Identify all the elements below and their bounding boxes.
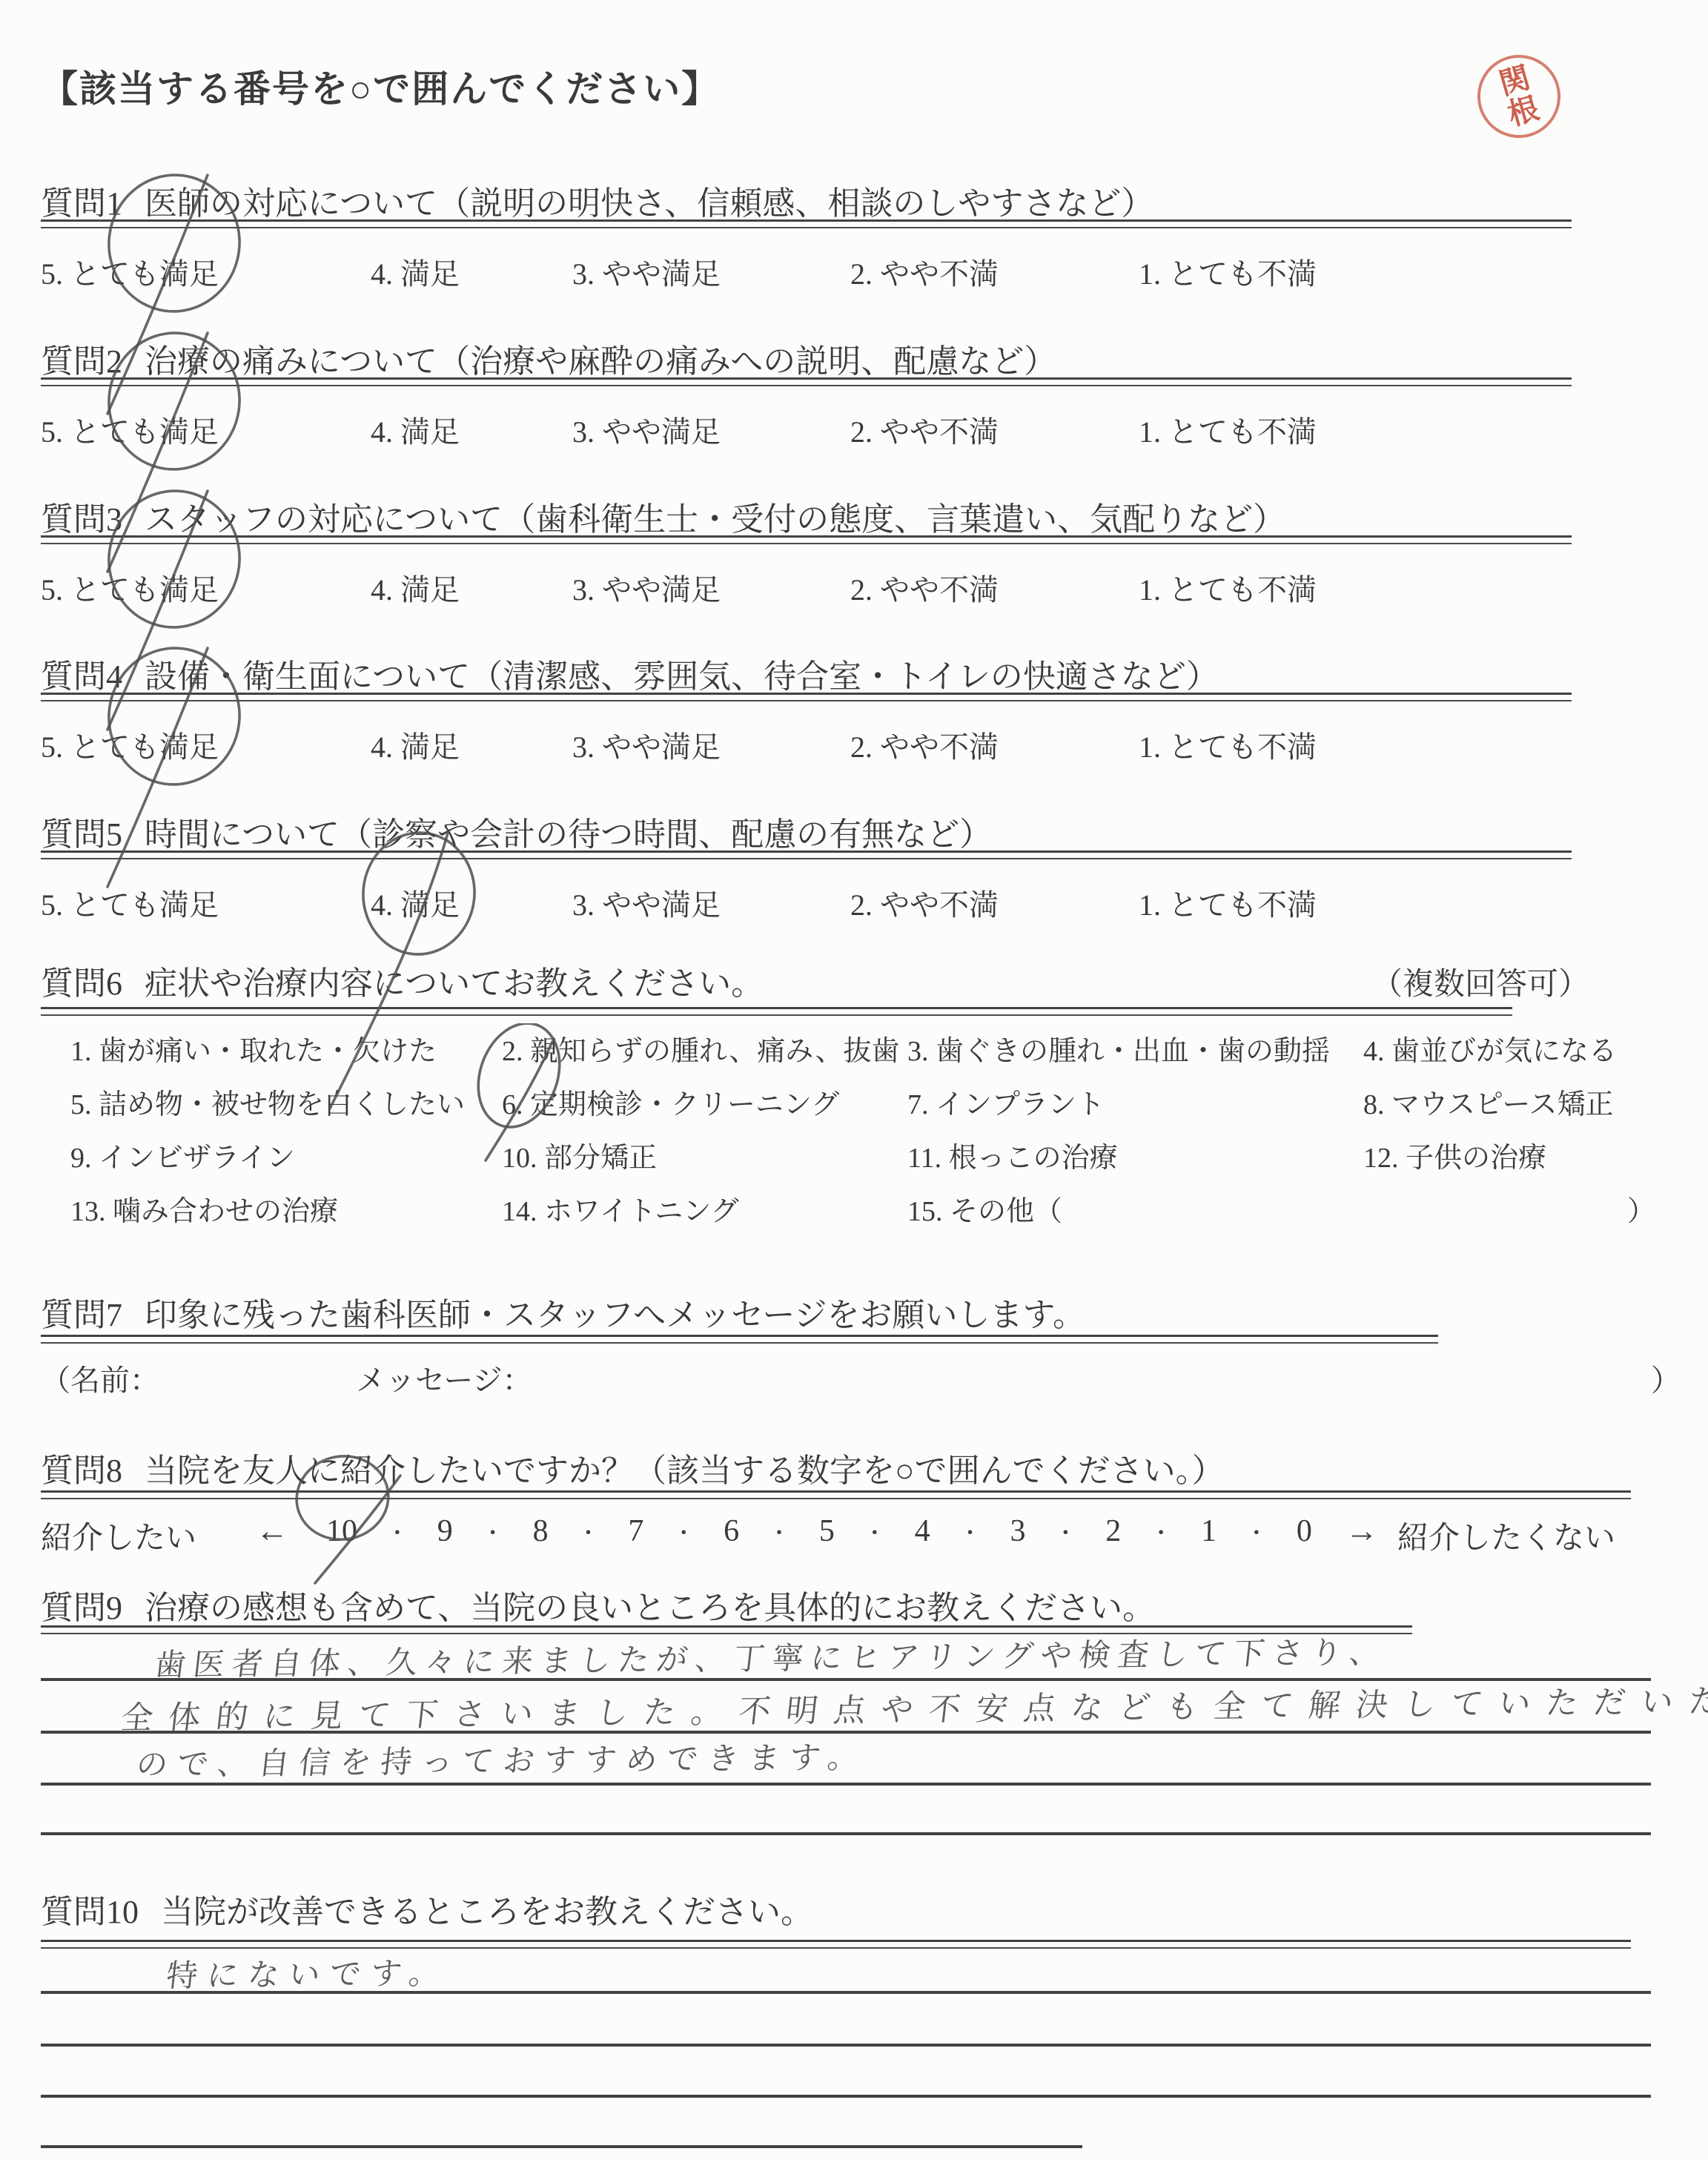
q4-option-5: 5. とても満足 <box>41 724 219 766</box>
q9-handwriting-line-2: 全体的に見て下さいました。不明点や不安点なども全て解決していただいた <box>119 1677 1708 1739</box>
question-5-label: 質問5 <box>41 816 122 853</box>
scan-artifact-top <box>6 16 1702 22</box>
q8-number-8: 8 <box>533 1513 549 1549</box>
q1-option-3: 3. やや満足 <box>572 251 721 293</box>
question-1-heading: 質問1医師の対応について（説明の明快さ、信頼感、相談のしやすさなど） <box>41 176 1153 224</box>
q3-option-2: 2. やや不満 <box>850 567 999 609</box>
question-10-title: 当院が改善できるところをお教えください。 <box>161 1894 813 1930</box>
question-5-heading: 質問5時間について（診察や会計の待つ時間、配慮の有無など） <box>41 807 992 855</box>
q8-left-label: 紹介したい <box>41 1513 196 1558</box>
q4-option-2: 2. やや不満 <box>850 724 999 766</box>
q1-option-1: 1. とても不満 <box>1139 251 1317 293</box>
q8-number-7: 7 <box>628 1513 643 1549</box>
q2-option-5: 5. とても満足 <box>41 409 219 451</box>
q1-option-2: 2. やや不満 <box>850 251 999 293</box>
page-title: 【該当する番号を○で囲んでください】 <box>41 59 720 113</box>
question-4-rule <box>41 693 1572 701</box>
q7-name-label: （名前： <box>41 1357 159 1399</box>
q5-option-1: 1. とても不満 <box>1139 882 1317 924</box>
q4-option-3: 3. やや満足 <box>572 724 721 766</box>
q9-answer-line-4 <box>41 1832 1651 1835</box>
q8-right-arrow: → <box>1345 1512 1378 1550</box>
question-3-rule <box>41 535 1572 544</box>
q6-item-13: 13. 噛み合わせの治療 <box>70 1188 338 1229</box>
q8-dot: ・ <box>1245 1515 1268 1548</box>
q6-item-14: 14. ホワイトニング <box>502 1188 739 1229</box>
question-7-rule <box>41 1335 1438 1344</box>
q8-dot: ・ <box>768 1515 790 1548</box>
q6-item-3: 3. 歯ぐきの腫れ・出血・歯の動揺 <box>907 1028 1330 1069</box>
q6-item-10: 10. 部分矯正 <box>502 1135 657 1175</box>
q8-number-9: 9 <box>437 1513 453 1549</box>
q6-item-9: 9. インビザライン <box>70 1135 295 1175</box>
question-2: 質問2治療の痛みについて（治療や麻酔の痛みへの説明、配慮など） 5. とても満足… <box>41 334 1694 342</box>
q8-dot: ・ <box>577 1515 599 1548</box>
question-9: 質問9治療の感想も含めて、当院の良いところを具体的にお教えください。 歯医者自体… <box>41 1581 1694 1588</box>
q6-item-4: 4. 歯並びが気になる <box>1363 1028 1617 1069</box>
question-3: 質問3スタッフの対応について（歯科衛生士・受付の態度、言葉遣い、気配りなど） 5… <box>41 492 1694 500</box>
q8-dot: ・ <box>1054 1515 1076 1548</box>
q8-number-2: 2 <box>1105 1513 1121 1549</box>
question-7: 質問7印象に残った歯科医師・スタッフへメッセージをお願いします。 （名前： メッ… <box>41 1288 1694 1295</box>
question-6-label: 質問6 <box>41 965 122 1002</box>
q5-option-5: 5. とても満足 <box>41 882 219 924</box>
question-6-rule <box>41 1007 1512 1016</box>
question-7-heading: 質問7印象に残った歯科医師・スタッフへメッセージをお願いします。 <box>41 1288 1085 1335</box>
q3-option-1: 1. とても不満 <box>1139 567 1317 609</box>
question-1-label: 質問1 <box>41 185 122 222</box>
question-4-title: 設備・衛生面について（清潔感、雰囲気、待合室・トイレの快適さなど） <box>145 658 1219 695</box>
q8-right-label: 紹介したくない <box>1397 1513 1615 1558</box>
question-4-heading: 質問4設備・衛生面について（清潔感、雰囲気、待合室・トイレの快適さなど） <box>41 650 1219 697</box>
q8-dot: ・ <box>864 1515 886 1548</box>
question-8-rule <box>41 1490 1631 1499</box>
question-4: 質問4設備・衛生面について（清潔感、雰囲気、待合室・トイレの快適さなど） 5. … <box>41 650 1694 657</box>
q2-option-3: 3. やや満足 <box>572 409 721 451</box>
stamp-char-bottom: 根 <box>1504 92 1542 131</box>
question-9-heading: 質問9治療の感想も含めて、当院の良いところを具体的にお教えください。 <box>41 1581 1155 1628</box>
q8-number-3: 3 <box>1010 1513 1025 1549</box>
hanko-stamp: 関 根 <box>1468 45 1571 148</box>
q6-item-15: 15. その他（ <box>907 1188 1062 1229</box>
q8-number-4: 4 <box>915 1513 930 1549</box>
question-2-heading: 質問2治療の痛みについて（治療や麻酔の痛みへの説明、配慮など） <box>41 334 1056 382</box>
q8-number-1: 1 <box>1201 1513 1217 1549</box>
question-9-title: 治療の感想も含めて、当院の良いところを具体的にお教えください。 <box>145 1590 1155 1626</box>
q5-option-3: 3. やや満足 <box>572 882 721 924</box>
question-2-label: 質問2 <box>41 343 122 380</box>
question-10-label: 質問10 <box>41 1894 139 1930</box>
question-5-title: 時間について（診察や会計の待つ時間、配慮の有無など） <box>145 816 992 853</box>
q6-item-6: 6. 定期検診・クリーニング <box>502 1081 839 1122</box>
q9-handwriting-line-3: ので、自信を持っておすすめできます。 <box>134 1733 871 1785</box>
q3-option-3: 3. やや満足 <box>572 567 721 609</box>
question-10-heading: 質問10当院が改善できるところをお教えください。 <box>41 1885 813 1932</box>
question-4-label: 質問4 <box>41 658 122 695</box>
q4-option-1: 1. とても不満 <box>1139 724 1317 766</box>
question-8-label: 質問8 <box>41 1453 122 1489</box>
q2-option-4: 4. 満足 <box>371 409 460 451</box>
q10-handwriting-line-1: 特にないです。 <box>164 1949 452 1996</box>
q10-answer-line-4 <box>41 2145 1082 2148</box>
q1-option-5: 5. とても満足 <box>41 251 219 293</box>
q8-number-10: 10 <box>326 1513 357 1549</box>
question-1-title: 医師の対応について（説明の明快さ、信頼感、相談のしやすさなど） <box>145 185 1153 222</box>
question-3-title: スタッフの対応について（歯科衛生士・受付の態度、言葉遣い、気配りなど） <box>145 501 1285 538</box>
question-7-label: 質問7 <box>41 1297 122 1333</box>
question-5: 質問5時間について（診察や会計の待つ時間、配慮の有無など） 5. とても満足 4… <box>41 807 1694 815</box>
question-3-label: 質問3 <box>41 501 122 538</box>
q10-answer-line-3 <box>41 2095 1651 2098</box>
q1-option-4: 4. 満足 <box>371 251 460 293</box>
q4-option-4: 4. 満足 <box>371 724 460 766</box>
q8-dot: ・ <box>482 1515 504 1548</box>
q6-item-1: 1. 歯が痛い・取れた・欠けた <box>70 1028 437 1069</box>
question-7-title: 印象に残った歯科医師・スタッフへメッセージをお願いします。 <box>145 1297 1085 1333</box>
question-1: 質問1医師の対応について（説明の明快さ、信頼感、相談のしやすさなど） 5. とて… <box>41 176 1694 184</box>
q8-dot: ・ <box>959 1515 982 1548</box>
q6-item-7: 7. インプラント <box>907 1081 1105 1122</box>
q6-item-5: 5. 詰め物・被せ物を白くしたい <box>70 1081 465 1122</box>
question-10-rule <box>41 1940 1631 1949</box>
q6-item-11: 11. 根っこの治療 <box>907 1135 1118 1175</box>
q6-item-2: 2. 親知らずの腫れ、痛み、抜歯 <box>502 1028 900 1069</box>
question-9-label: 質問9 <box>41 1590 122 1626</box>
question-8-title: 当院を友人に紹介したいですか？（該当する数字を○で囲んでください。） <box>145 1453 1225 1489</box>
q8-left-arrow: ← <box>256 1512 288 1550</box>
question-10: 質問10当院が改善できるところをお教えください。 特にないです。 <box>41 1885 1694 1892</box>
q8-number-5: 5 <box>819 1513 835 1549</box>
q10-answer-line-2 <box>41 2044 1651 2047</box>
question-6-note: （複数回答可） <box>1371 960 1589 1004</box>
q6-item-15-close-paren: ） <box>1627 1188 1655 1229</box>
question-6-title: 症状や治療内容についてお教えください。 <box>145 965 764 1002</box>
question-5-rule <box>41 851 1572 859</box>
q2-option-1: 1. とても不満 <box>1139 409 1317 451</box>
q3-option-4: 4. 満足 <box>371 567 460 609</box>
q8-number-6: 6 <box>724 1513 739 1549</box>
q7-close-paren: ） <box>1651 1357 1681 1399</box>
question-3-heading: 質問3スタッフの対応について（歯科衛生士・受付の態度、言葉遣い、気配りなど） <box>41 492 1285 540</box>
question-8: 質問8当院を友人に紹介したいですか？（該当する数字を○で囲んでください。） 紹介… <box>41 1444 1694 1451</box>
question-6-heading: 質問6症状や治療内容についてお教えください。 <box>41 957 764 1004</box>
q5-option-4: 4. 満足 <box>371 882 460 924</box>
q6-item-12: 12. 子供の治療 <box>1363 1135 1546 1175</box>
q8-number-0: 0 <box>1297 1513 1312 1549</box>
q8-dot: ・ <box>386 1515 408 1548</box>
q7-message-label: メッセージ： <box>356 1357 532 1399</box>
q5-option-2: 2. やや不満 <box>850 882 999 924</box>
q8-number-scale: 10 ・ 9 ・ 8 ・ 7 ・ 6 ・ 5 ・ 4 ・ 3 ・ 2 ・ 1 ・… <box>326 1513 1312 1549</box>
survey-form-page: 【該当する番号を○で囲んでください】 関 根 質問1医師の対応について（説明の明… <box>0 0 1708 2160</box>
q2-option-2: 2. やや不満 <box>850 409 999 451</box>
question-2-title: 治療の痛みについて（治療や麻酔の痛みへの説明、配慮など） <box>145 343 1056 380</box>
q8-dot: ・ <box>1150 1515 1172 1548</box>
q3-option-5: 5. とても満足 <box>41 567 219 609</box>
question-8-heading: 質問8当院を友人に紹介したいですか？（該当する数字を○で囲んでください。） <box>41 1444 1225 1491</box>
question-2-rule <box>41 377 1572 386</box>
question-6: 質問6症状や治療内容についてお教えください。 （複数回答可） 1. 歯が痛い・取… <box>41 957 1694 964</box>
q9-handwriting-line-1: 歯医者自体、久々に来ましたが、丁寧にヒアリングや検査して下さり、 <box>153 1628 1391 1685</box>
q8-dot: ・ <box>672 1515 695 1548</box>
question-1-rule <box>41 219 1572 228</box>
q6-item-8: 8. マウスピース矯正 <box>1363 1081 1613 1122</box>
